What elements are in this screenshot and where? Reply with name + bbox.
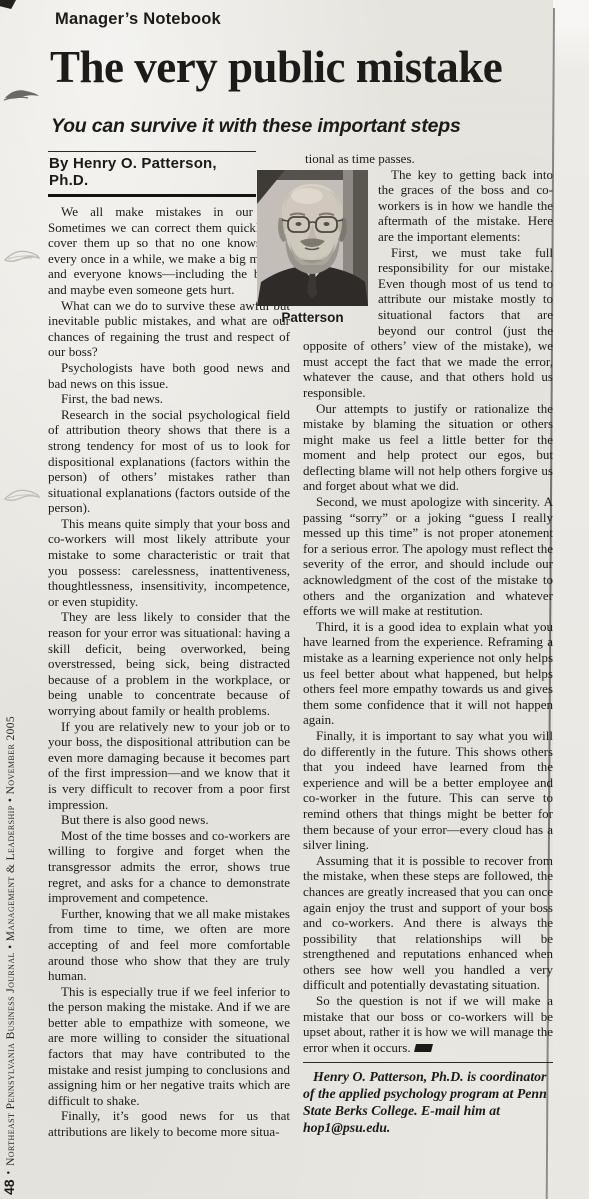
article-paragraph: Second, we must apologize with sincerity…: [303, 494, 553, 619]
article-paragraph: Third, it is a good idea to explain what…: [303, 619, 553, 728]
portrait-photo-image: [257, 170, 368, 306]
page-number: 48: [1, 1179, 17, 1195]
bullet-separator: •: [4, 1171, 15, 1175]
closing-paragraph: So the question is not if we will make a…: [303, 993, 553, 1055]
journal-sidebar: 48 • Northeast Pennsylvania Business Jou…: [0, 609, 17, 1195]
left-column-paragraphs: We all make mistakes in our jobs. Someti…: [48, 204, 290, 1140]
article-paragraph: This is especially true if we feel infer…: [48, 984, 290, 1109]
article-paragraph: Further, knowing that we all make mistak…: [48, 906, 290, 984]
article-paragraph: They are less likely to consider that th…: [48, 609, 290, 718]
section-kicker: Manager’s Notebook: [55, 10, 553, 29]
article-paragraph: Finally, it is important to say what you…: [303, 728, 553, 853]
author-bio: Henry O. Patterson, Ph.D. is coordinator…: [303, 1062, 553, 1136]
right-column: tional as time passes.: [303, 151, 553, 1140]
article-paragraph: Assuming that it is possible to recover …: [303, 853, 553, 993]
article-paragraph: Psychologists have both good news and ba…: [48, 360, 290, 391]
leaf-scan-mark: [2, 482, 42, 512]
article-headline: The very public mistake: [50, 45, 553, 90]
article-paragraph: Finally, it’s good news for us that attr…: [48, 1108, 290, 1139]
article-content: Manager’s Notebook The very public mista…: [48, 8, 553, 1140]
journal-title-line: Northeast Pennsylvania Business Journal …: [5, 716, 17, 1166]
patterson-photo: Patterson: [257, 170, 368, 325]
end-of-article-icon: [414, 1044, 433, 1052]
byline: By Henry O. Patterson, Ph.D.: [48, 151, 256, 197]
article-paragraph: Our attempts to justify or rationalize t…: [303, 401, 553, 495]
article-paragraph: We all make mistakes in our jobs. Someti…: [48, 204, 290, 298]
photo-caption: Patterson: [257, 310, 368, 325]
article-paragraph: Most of the time bosses and co-workers a…: [48, 828, 290, 906]
continuation-line: tional as time passes.: [303, 151, 553, 167]
article-subhead: You can survive it with these important …: [51, 115, 553, 138]
leaf-scan-mark: [2, 244, 42, 274]
leaf-scan-mark: [2, 84, 42, 112]
article-paragraph: This means quite simply that your boss a…: [48, 516, 290, 610]
article-paragraph: Research in the social psychological fie…: [48, 407, 290, 516]
page-edge-strip: [553, 0, 589, 1199]
article-paragraph: What can we do to survive these awful bu…: [48, 298, 290, 360]
scanned-article-page: 48 • Northeast Pennsylvania Business Jou…: [0, 0, 589, 1199]
article-paragraph: First, the bad news.: [48, 391, 290, 407]
left-column: By Henry O. Patterson, Ph.D. We all make…: [48, 151, 290, 1140]
scan-corner-mark: [0, 0, 16, 9]
article-paragraph: But there is also good news.: [48, 812, 290, 828]
article-paragraph: If you are relatively new to your job or…: [48, 719, 290, 813]
article-columns: By Henry O. Patterson, Ph.D. We all make…: [48, 151, 553, 1140]
